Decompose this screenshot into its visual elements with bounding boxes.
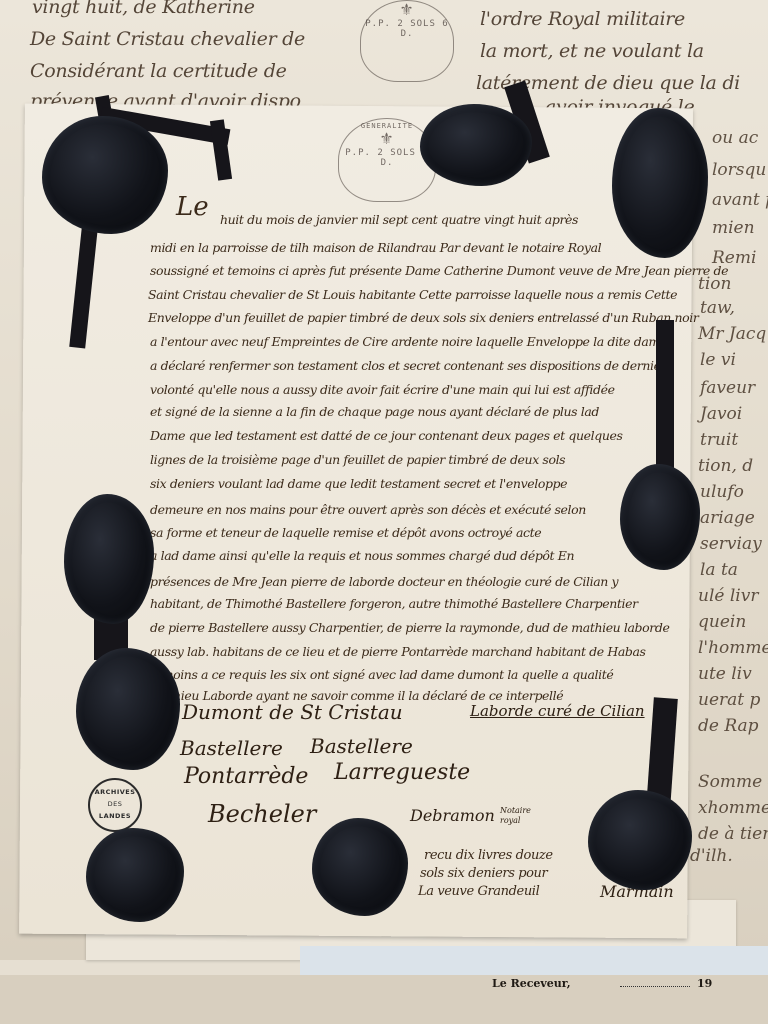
margin-fragment: ulé livr (698, 586, 758, 606)
margin-fragment: ou ac (712, 128, 758, 148)
text-line: aussy lab. habitans de ce lieu et de pie… (150, 644, 646, 659)
text-line: présences de Mre Jean pierre de laborde … (150, 574, 618, 589)
margin-fragment: lorsqu (712, 160, 766, 180)
signature-laborde: Laborde curé de Cilian (470, 702, 645, 720)
text-line: et signé de la sienne a la fin de chaque… (150, 404, 599, 419)
text-line: Dame que led testament est datté de ce j… (150, 428, 623, 443)
margin-fragment: l'homme (698, 638, 768, 658)
text-line: soussigné et temoins ci après fut présen… (150, 263, 728, 278)
back-text-line: Considérant la certitude de (30, 60, 287, 82)
notary-title: Notaire royal (500, 806, 540, 826)
text-line: temoins a ce requis les six ont signé av… (150, 667, 613, 682)
back-text-line: De Saint Cristau chevalier de (30, 28, 305, 50)
wax-seal (86, 828, 184, 922)
margin-fragment: tion, d (698, 456, 753, 476)
wax-seal (312, 818, 408, 916)
margin-fragment: mien (712, 218, 755, 238)
signature-dumont: Dumont de St Cristau (182, 700, 403, 724)
signature-bastellere-2: Bastellere (310, 734, 413, 758)
signature-notary: Debramon (410, 806, 495, 825)
fee-note-line: La veuve Grandeuil (418, 884, 539, 899)
text-line: demeure en nos mains pour être ouvert ap… (150, 502, 586, 517)
text-line: de pierre Bastellere aussy Charpentier, … (150, 620, 669, 635)
wax-seal (76, 648, 180, 770)
wax-seal (420, 104, 532, 186)
receipt-year: 19 (697, 977, 712, 990)
text-line: a déclaré renfermer son testament clos e… (150, 358, 673, 373)
margin-fragment: ute liv (698, 664, 752, 684)
margin-fragment: serviay (700, 534, 762, 554)
text-line: a lad dame ainsi qu'elle la requis et no… (150, 548, 574, 563)
signature-bastellere-1: Bastellere (180, 736, 283, 760)
margin-fragment: uerat p (698, 690, 760, 710)
text-line: sa forme et teneur de laquelle remise et… (150, 525, 541, 540)
margin-fragment: de Rap (698, 716, 759, 736)
fee-note-line: sols six deniers pour (420, 866, 547, 881)
margin-fragment: Mr Jacq (698, 324, 766, 344)
margin-fragment: ulufo (700, 482, 744, 502)
back-text-line: vingt huit, de Katherine (32, 0, 255, 18)
signature-pontarrede: Pontarrède (184, 764, 308, 789)
text-line: volonté qu'elle nous a aussy dite avoir … (150, 382, 615, 397)
text-line: six deniers voulant lad dame que ledit t… (150, 476, 567, 491)
margin-fragment: quein (698, 612, 746, 632)
tax-stamp-top: ⚜ P.P. 2 SOLS 6 D. (360, 0, 454, 82)
margin-fragment: Somme d (698, 772, 768, 792)
tax-stamp-main: GENERALITE ⚜ P.P. 2 SOLS 6 D. (338, 118, 436, 202)
text-line: Saint Cristau chevalier de St Louis habi… (148, 287, 677, 302)
archives-des-landes-stamp: ARCHIVES DES LANDES (88, 778, 142, 832)
fleur-de-lis-icon: ⚜ (361, 1, 453, 19)
margin-fragment: xhomme (698, 798, 768, 818)
signature-larregueste: Larregueste (334, 760, 470, 785)
wax-seal (620, 464, 700, 570)
incipit: Le (176, 192, 209, 222)
margin-fragment: taw, (700, 298, 735, 318)
fee-note-line: recu dix livres douze (424, 848, 553, 863)
margin-fragment: de à tiers (698, 824, 768, 844)
text-line: a l'entour avec neuf Empreintes de Cire … (150, 334, 667, 349)
margin-fragment: faveur (700, 378, 755, 398)
text-line: huit du mois de janvier mil sept cent qu… (220, 212, 578, 227)
blue-paper-strip (300, 946, 768, 976)
wax-seal (612, 108, 708, 258)
wax-seal (42, 116, 168, 234)
wax-seal (588, 790, 692, 890)
text-line: midi en la parroisse de tilh maison de R… (150, 240, 601, 255)
margin-fragment: Javoi (700, 404, 742, 424)
text-line: Enveloppe d'un feuillet de papier timbré… (148, 310, 698, 325)
signature-becheler: Becheler (208, 800, 316, 828)
text-line: lignes de la troisième page d'un feuille… (150, 452, 565, 467)
receipt-dotted-line (620, 986, 690, 987)
margin-fragment: le vi (700, 350, 736, 370)
margin-fragment: ariage (700, 508, 755, 528)
back-text-line: la mort, et ne voulant la (480, 40, 704, 62)
margin-fragment: truit (700, 430, 738, 450)
wax-seal (64, 494, 154, 624)
margin-fragment: la ta (700, 560, 738, 580)
receipt-label: Le Receveur, (492, 977, 571, 990)
receipt-form (0, 975, 768, 1024)
text-line: habitant, de Thimothé Bastellere forgero… (150, 596, 638, 611)
back-text-line: l'ordre Royal militaire (480, 8, 685, 30)
margin-fragment: avant p (712, 190, 768, 210)
margin-fragment: d'ilh. (690, 846, 733, 866)
